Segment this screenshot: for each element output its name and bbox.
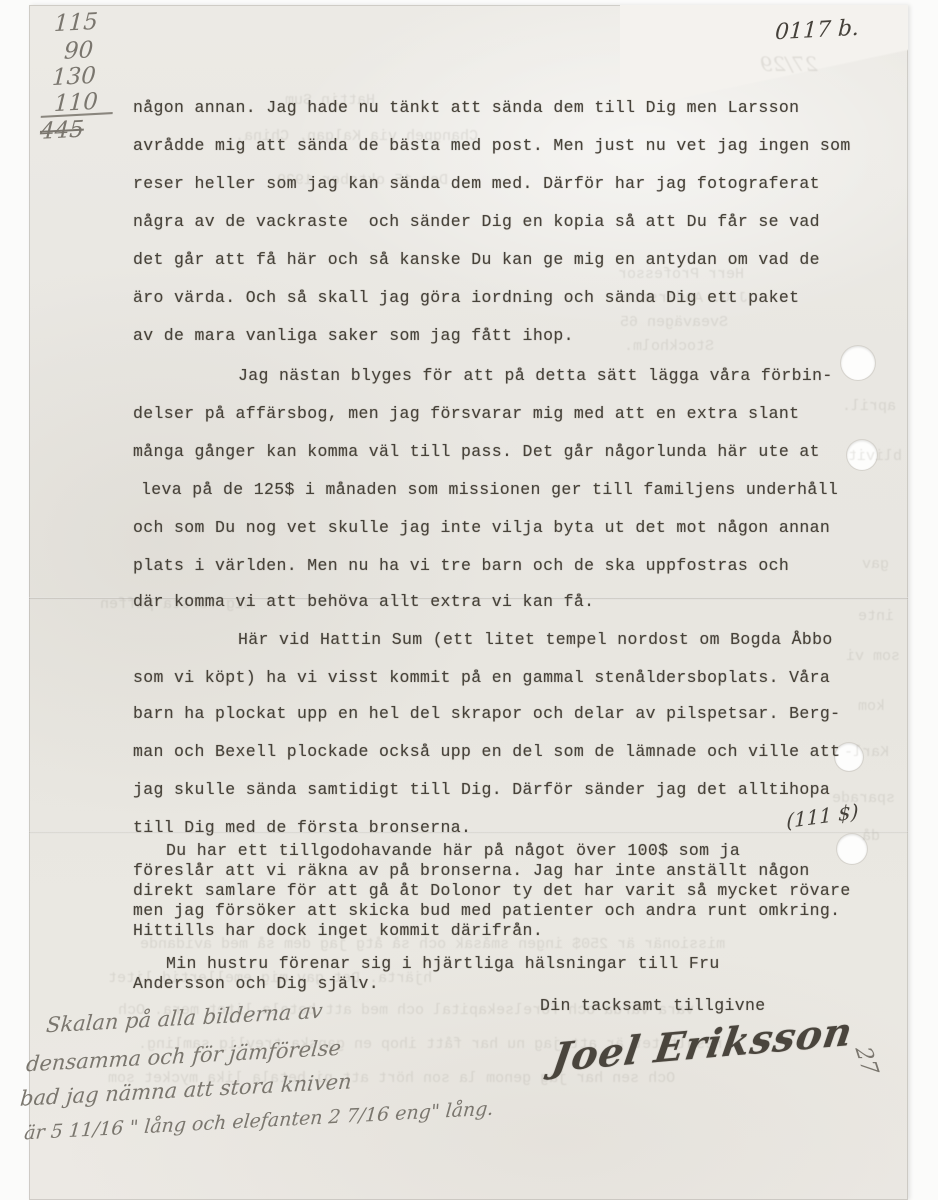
bleedthrough-margin-word: då <box>862 828 880 845</box>
typed-line: men jag försöker att skicka bud med pati… <box>133 903 840 920</box>
typed-line: Andersson och Dig själv. <box>133 976 379 993</box>
typed-line: Jag nästan blyges för att på detta sätt … <box>238 368 833 385</box>
tally-total: 445 <box>39 112 112 145</box>
typed-line: många gånger kan komma väl till pass. De… <box>133 444 820 461</box>
closing-line: Din tacksamt tillgivne <box>540 998 766 1015</box>
typed-line: som vi köpt) ha vi visst kommit på en ga… <box>133 670 830 687</box>
typed-line: barn ha plockat upp en hel del skrapor o… <box>133 706 840 723</box>
typed-line: Hittills har dock inget kommit därifrån. <box>133 923 543 940</box>
bleedthrough-margin-word: april. <box>842 398 896 415</box>
typed-line: av de mara vanliga saker som jag fått ih… <box>133 328 574 345</box>
tally-value: 90 <box>63 37 94 65</box>
typed-line: till Dig med de första bronserna. <box>133 820 471 837</box>
typed-line: leva på de 125$ i månaden som missionen … <box>141 482 838 499</box>
typed-line: direkt samlare för att gå åt Dolonor ty … <box>133 883 851 900</box>
bleedthrough-margin-word: som vi <box>846 648 900 665</box>
typed-line: Du har ett tillgodohavande här på något … <box>166 843 740 860</box>
bleedthrough-margin-word: inte <box>858 608 894 625</box>
typed-line: det går att få här och så kanske Du kan … <box>133 252 820 269</box>
bleedthrough-margin-word: Karl- <box>844 744 889 761</box>
typed-line: äro värda. Och så skall jag göra iordnin… <box>133 290 799 307</box>
bleedthrough-address-line: Sveavägen 65 <box>620 314 728 331</box>
typed-line: Här vid Hattin Sum (ett litet tempel nor… <box>238 632 833 649</box>
typed-line: där komma vi att behöva allt extra vi ka… <box>133 594 594 611</box>
bleedthrough-corner-number: 27/29 <box>760 52 818 76</box>
bleedthrough-margin-word: blivit <box>848 448 902 465</box>
tally-value: 130 <box>51 63 96 91</box>
typed-line: Min hustru förenar sig i hjärtliga hälsn… <box>166 956 720 973</box>
bleedthrough-margin-word: kom <box>858 698 885 715</box>
typed-line: delser på affärsbog, men jag försvarar m… <box>133 406 799 423</box>
typed-line: jag skulle sända samtidigt till Dig. Där… <box>133 782 830 799</box>
typed-line: man och Bexell plockade också upp en del… <box>133 744 840 761</box>
tally-value: 115 <box>53 9 98 37</box>
typed-line: plats i världen. Men nu ha vi tre barn o… <box>133 558 789 575</box>
typed-line: avrådde mig att sända de bästa med post.… <box>133 138 851 155</box>
typed-line: och som Du nog vet skulle jag inte vilja… <box>133 520 830 537</box>
typed-line: någon annan. Jag hade nu tänkt att sända… <box>133 100 799 117</box>
punch-hole <box>841 346 875 380</box>
typed-line: reser heller som jag kan sända dem med. … <box>133 176 820 193</box>
bleedthrough-margin-word: gav <box>862 556 889 573</box>
bleedthrough-address-line: Stockholm. <box>624 338 714 355</box>
typed-line: föreslår att vi räkna av på bronserna. J… <box>133 863 810 880</box>
archive-mark: 0117 b. <box>774 16 859 46</box>
typed-line: några av de vackraste och sänder Dig en … <box>133 214 820 231</box>
